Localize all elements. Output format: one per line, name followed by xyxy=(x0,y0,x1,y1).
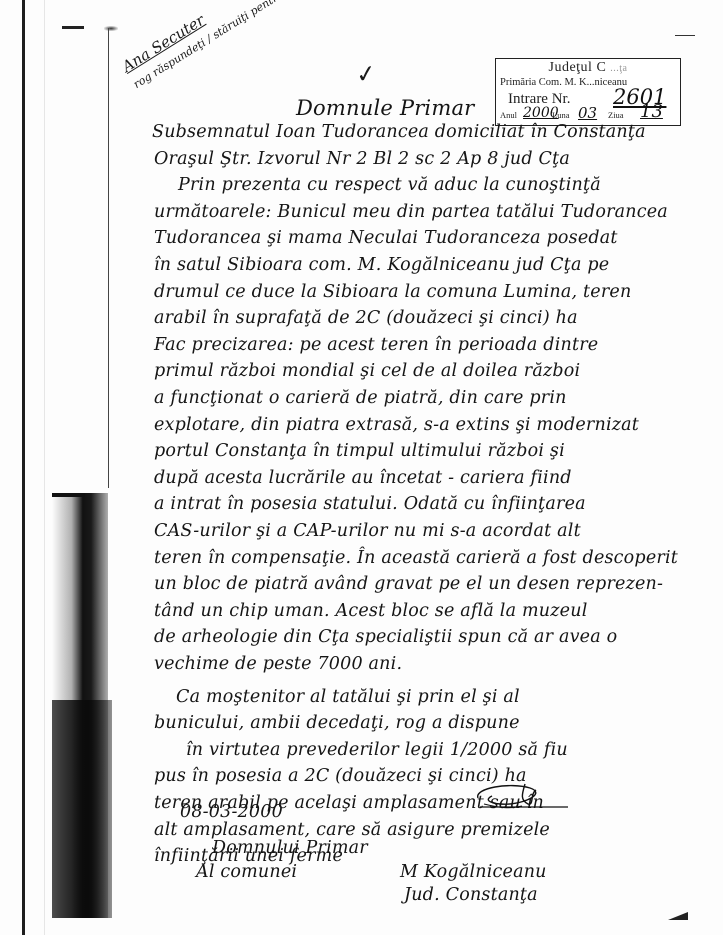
letter-line: tând un chip uman. Acest bloc se află la… xyxy=(154,601,588,621)
letter-line: în satul Sibioara com. M. Kogălniceanu j… xyxy=(154,255,609,275)
letter-line: portul Constanţa în timpul ultimului răz… xyxy=(154,441,565,461)
addressee-line-1: Domnului Primar xyxy=(212,838,368,858)
margin-rule xyxy=(108,28,109,488)
scan-shadow-lower xyxy=(52,700,112,918)
letter-line: Subsemnatul Ioan Tudorancea domiciliat î… xyxy=(152,122,646,142)
letter-line: Prin prezenta cu respect vă aduc la cuno… xyxy=(178,175,601,195)
letter-line: vechime de peste 7000 ani. xyxy=(154,654,402,674)
scan-artifact-dash xyxy=(62,26,84,29)
addressee-place-1: M Kogălniceanu xyxy=(400,862,547,882)
salutation: Domnule Primar xyxy=(296,96,474,120)
letter-line: teren în compensaţie. În această carieră… xyxy=(154,548,678,568)
stamp-county-label: Judeţul C xyxy=(549,60,607,75)
stamp-date-row: Anul 2000 Luna 03 Ziua 13 xyxy=(500,110,680,120)
letter-line: în virtutea prevederilor legii 1/2000 să… xyxy=(186,740,568,760)
scan-artifact-blot xyxy=(104,26,118,31)
stamp-county-suffix: ...ţa xyxy=(610,63,627,74)
letter-line: un bloc de piatră având gravat pe el un … xyxy=(154,574,663,594)
letter-line: bunicului, ambii decedaţi, rog a dispune xyxy=(154,713,520,733)
letter-date: 08-03-2000 xyxy=(180,802,283,822)
signature-mark xyxy=(470,780,570,810)
stamp-county: Judeţul C ...ţa xyxy=(496,60,680,76)
letter-line: următoarele: Bunicul meu din partea tată… xyxy=(154,202,668,222)
letter-line: după acesta lucrările au încetat - carie… xyxy=(154,468,572,488)
stamp-day-label: Ziua xyxy=(608,110,624,120)
letter-line: arabil în suprafaţă de 2C (douăzeci şi c… xyxy=(154,308,578,328)
scan-corner-mark xyxy=(668,912,688,920)
stamp-day-value: 13 xyxy=(640,101,663,122)
stamp-month-label: Luna xyxy=(552,110,569,120)
scan-edge-left xyxy=(22,0,25,935)
checkmark-icon: ✓ xyxy=(354,59,378,90)
letter-line: explotare, din piatra extrasă, s-a extin… xyxy=(154,415,639,435)
letter-line: Fac precizarea: pe acest teren în perioa… xyxy=(154,335,598,355)
letter-line: Oraşul Ştr. Izvorul Nr 2 Bl 2 sc 2 Ap 8 … xyxy=(154,149,570,169)
addressee-place-2: Jud. Constanţa xyxy=(404,885,538,905)
letter-line: primul război mondial şi cel de al doile… xyxy=(154,361,580,381)
letter-line: drumul ce duce la Sibioara la comuna Lum… xyxy=(154,282,631,302)
letter-line: a funcţionat o carieră de piatră, din ca… xyxy=(154,388,567,408)
addressee-line-2: Al comunei xyxy=(196,862,297,882)
letter-line: Tudorancea şi mama Neculai Tudoranceza p… xyxy=(154,228,618,248)
letter-line: Ca moştenitor al tatălui şi prin el şi a… xyxy=(176,687,520,707)
scan-edge-faint xyxy=(44,0,45,935)
scan-artifact-dash-right xyxy=(675,35,695,36)
letter-line: de arheologie din Cţa specialiştii spun … xyxy=(154,627,617,647)
margin-annotation: Ana Secuter rog răspundeţi / stăruiţi pe… xyxy=(119,0,336,91)
letter-line: CAS-urilor şi a CAP-urilor nu mi s-a aco… xyxy=(154,521,581,541)
registration-stamp: Judeţul C ...ţa Primăria Com. M. K...nic… xyxy=(495,58,681,126)
letter-line: alt amplasament, care să asigure premize… xyxy=(154,820,550,840)
stamp-month-value: 03 xyxy=(578,104,597,122)
letter-line: a intrat în posesia statului. Odată cu î… xyxy=(154,494,586,514)
scanned-page: Judeţul C ...ţa Primăria Com. M. K...nic… xyxy=(0,0,723,935)
stamp-year-label: Anul xyxy=(500,110,517,120)
